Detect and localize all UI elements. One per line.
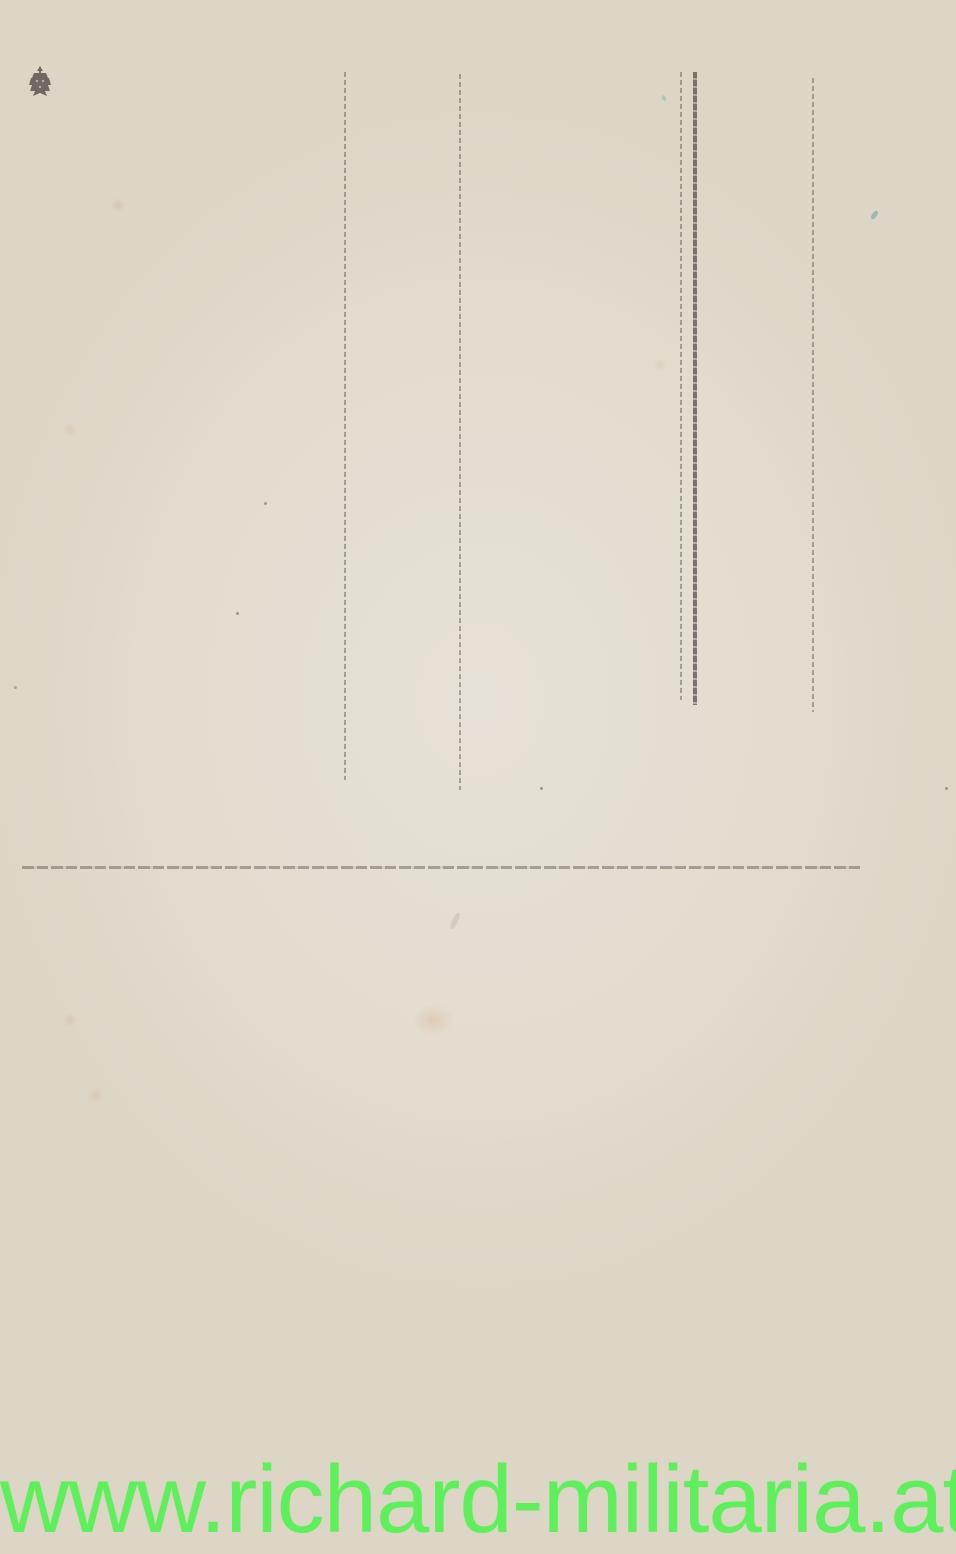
paper-speck — [945, 787, 948, 790]
paper-speck — [448, 912, 461, 931]
paper-speck — [264, 502, 267, 505]
paper-speck — [14, 686, 17, 689]
paper-speck — [236, 612, 239, 615]
postcard-back: www.richard-militaria.at — [0, 0, 956, 1554]
address-line-4 — [693, 72, 697, 705]
address-line-3 — [680, 72, 682, 700]
printer-emblem-icon — [28, 64, 52, 98]
paper-speck — [540, 787, 543, 790]
paper-speck — [661, 94, 667, 101]
watermark-url: www.richard-militaria.at — [0, 1452, 956, 1548]
paper-speck — [870, 209, 880, 220]
horizontal-divider — [22, 866, 862, 869]
address-line-1 — [344, 72, 346, 780]
address-line-2 — [459, 74, 461, 790]
address-line-5 — [812, 78, 814, 712]
